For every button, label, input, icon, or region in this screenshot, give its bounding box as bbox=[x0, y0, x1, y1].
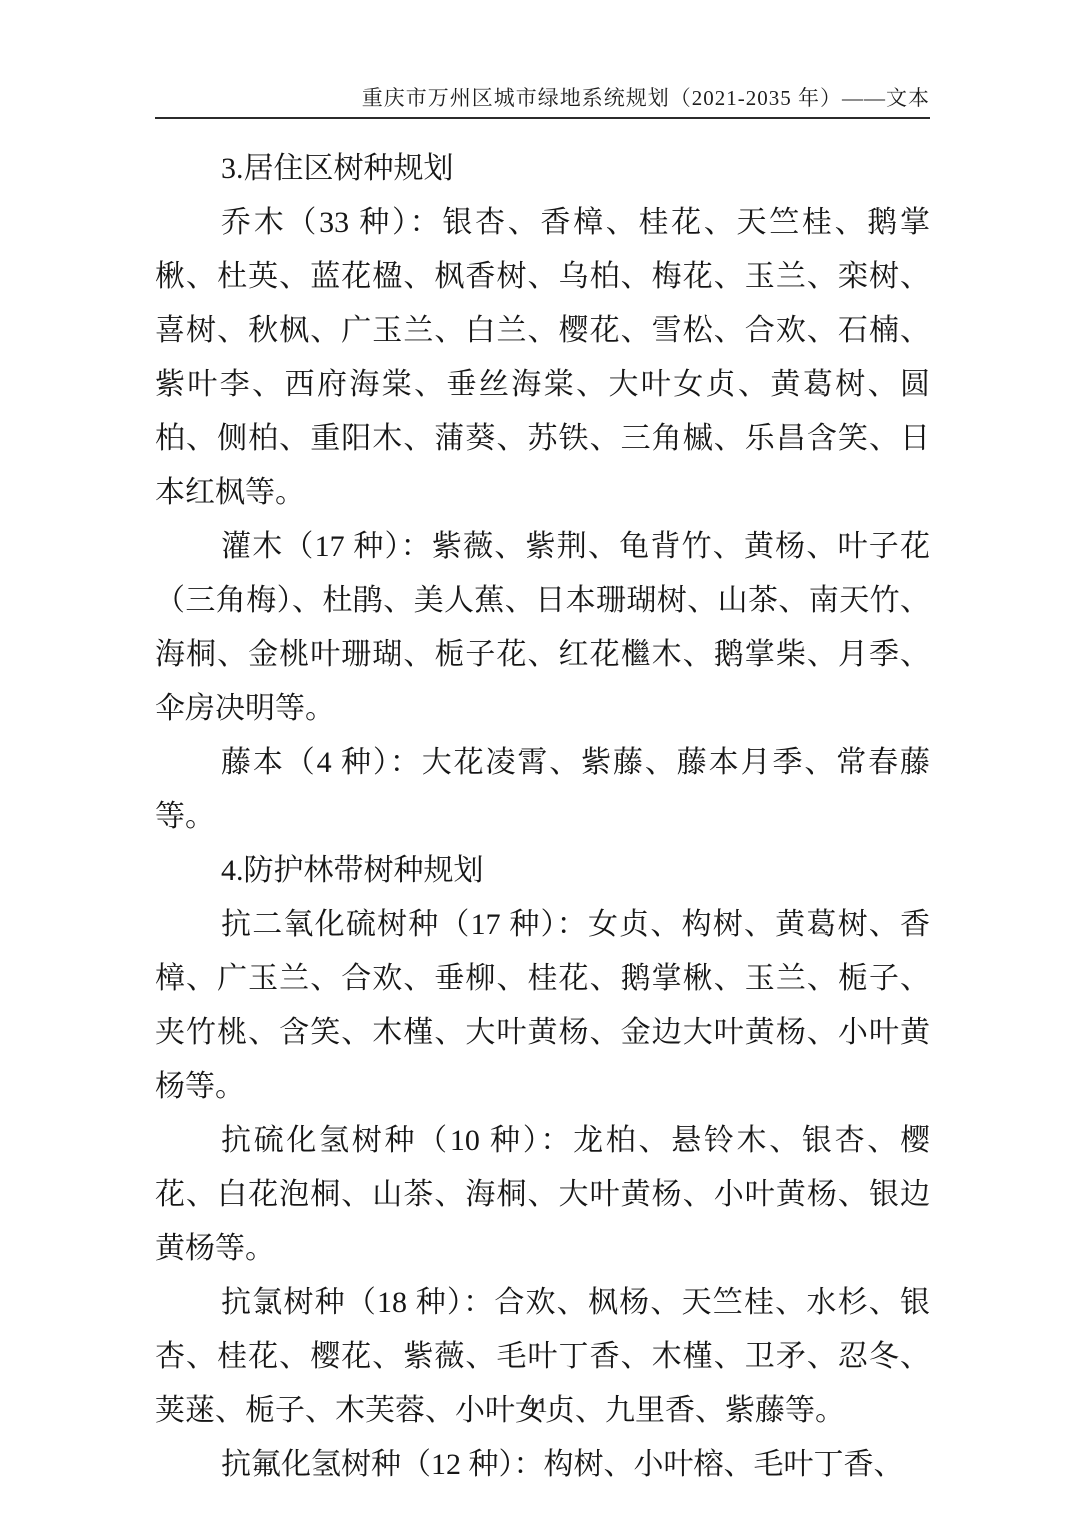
section-heading: 3.居住区树种规划 bbox=[155, 142, 930, 196]
section-heading: 4.防护林带树种规划 bbox=[155, 844, 930, 898]
paragraph-shrubs: 灌木（17 种）：紫薇、紫荆、龟背竹、黄杨、叶子花（三角梅）、杜鹃、美人蕉、日本… bbox=[155, 520, 930, 736]
page-header: 重庆市万州区城市绿地系统规划（2021-2035 年）——文本 bbox=[155, 0, 930, 119]
page-footer: 41 bbox=[0, 1393, 1074, 1418]
paragraph-h2s: 抗硫化氢树种（10 种）：龙柏、悬铃木、银杏、樱花、白花泡桐、山茶、海桐、大叶黄… bbox=[155, 1114, 930, 1276]
document-body: 3.居住区树种规划 乔木（33 种）：银杏、香樟、桂花、天竺桂、鹅掌楸、杜英、蓝… bbox=[155, 142, 930, 1492]
paragraph-hf: 抗氟化氢树种（12 种）：构树、小叶榕、毛叶丁香、 bbox=[155, 1438, 930, 1492]
document-page: 重庆市万州区城市绿地系统规划（2021-2035 年）——文本 3.居住区树种规… bbox=[0, 0, 1074, 1520]
header-title: 重庆市万州区城市绿地系统规划（2021-2035 年）——文本 bbox=[362, 86, 930, 110]
paragraph-trees: 乔木（33 种）：银杏、香樟、桂花、天竺桂、鹅掌楸、杜英、蓝花楹、枫香树、乌柏、… bbox=[155, 196, 930, 520]
paragraph-vines: 藤本（4 种）：大花凌霄、紫藤、藤本月季、常春藤等。 bbox=[155, 736, 930, 844]
paragraph-so2: 抗二氧化硫树种（17 种）：女贞、构树、黄葛树、香樟、广玉兰、合欢、垂柳、桂花、… bbox=[155, 898, 930, 1114]
page-number: 41 bbox=[526, 1393, 549, 1417]
